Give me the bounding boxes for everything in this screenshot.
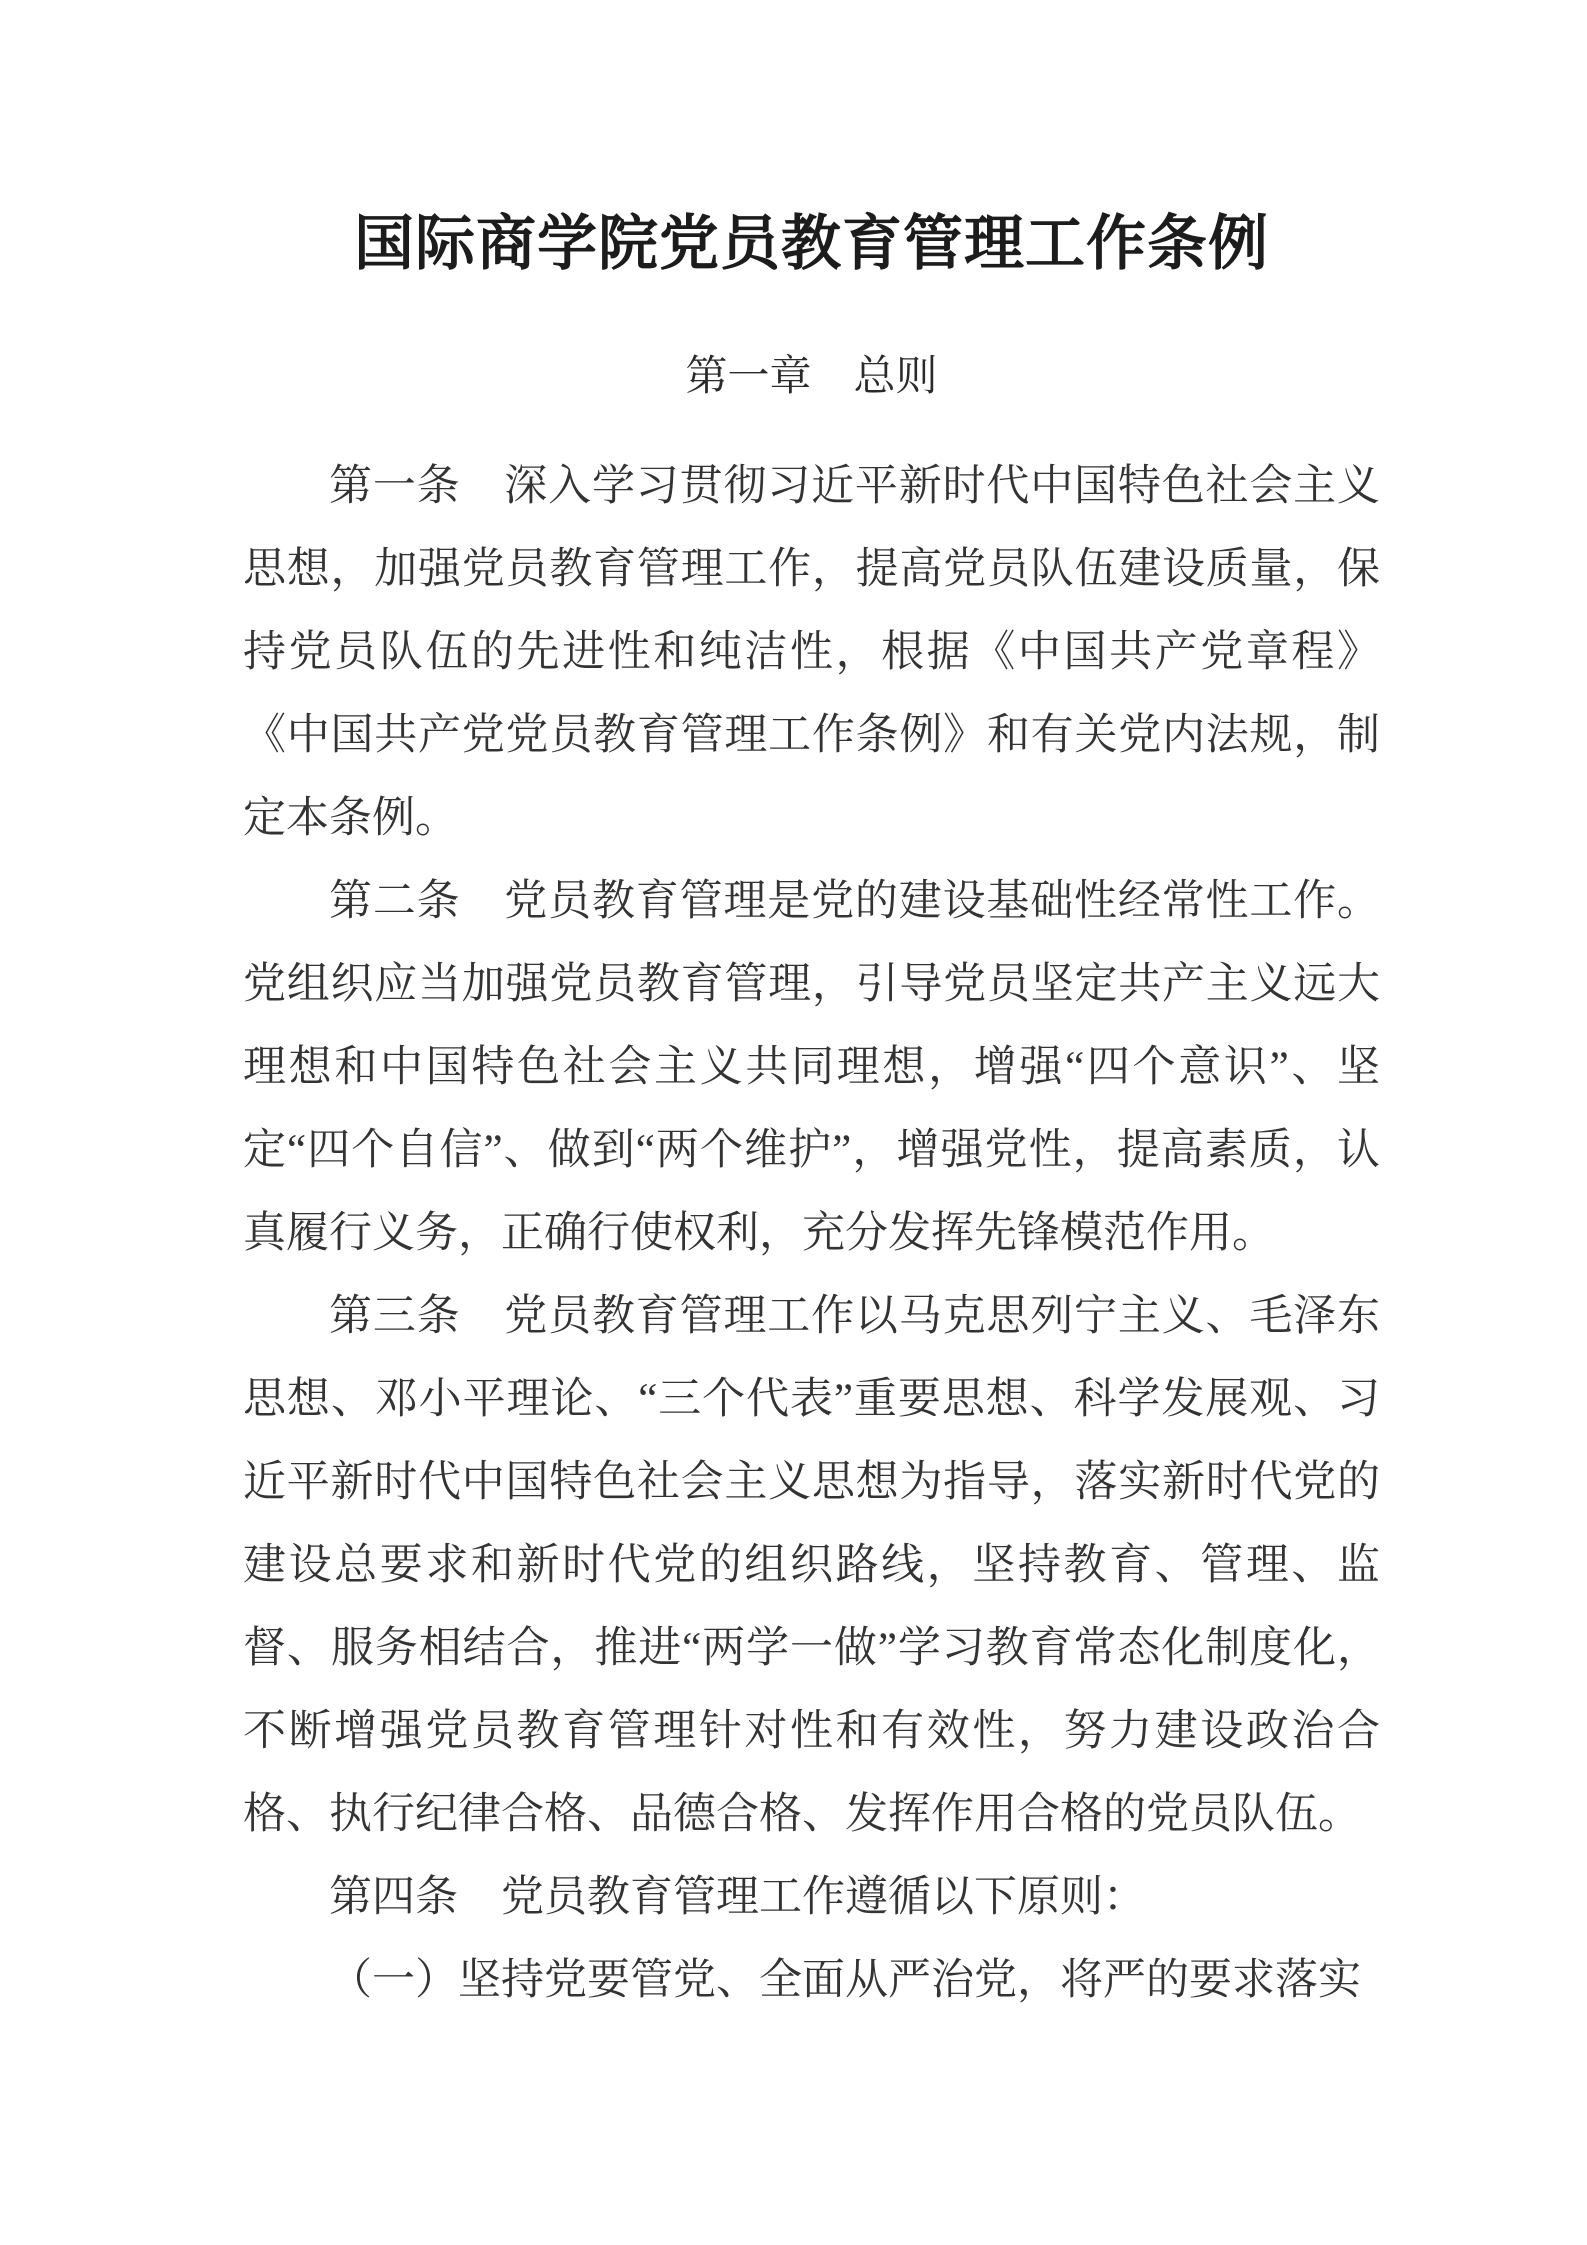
paragraph-article-4: 第四条 党员教育管理工作遵循以下原则：: [243, 1856, 1380, 1939]
chapter-heading: 第一章 总则: [243, 351, 1380, 401]
paragraph-article-1: 第一条 深入学习贯彻习近平新时代中国特色社会主义思想，加强党员教育管理工作，提高…: [243, 445, 1380, 860]
paragraph-article-2: 第二条 党员教育管理是党的建设基础性经常性工作。党组织应当加强党员教育管理，引导…: [243, 860, 1380, 1275]
content-column: 国际商学院党员教育管理工作条例 第一章 总则 第一条 深入学习贯彻习近平新时代中…: [243, 0, 1380, 2022]
paragraph-principle-item-1: （一）坚持党要管党、全面从严治党，将严的要求落实: [243, 1939, 1380, 2022]
paragraph-article-3: 第三条 党员教育管理工作以马克思列宁主义、毛泽东思想、邓小平理论、“三个代表”重…: [243, 1275, 1380, 1856]
document-body: 第一条 深入学习贯彻习近平新时代中国特色社会主义思想，加强党员教育管理工作，提高…: [243, 445, 1380, 2022]
document-title: 国际商学院党员教育管理工作条例: [243, 210, 1380, 279]
document-page: 国际商学院党员教育管理工作条例 第一章 总则 第一条 深入学习贯彻习近平新时代中…: [0, 0, 1587, 2245]
